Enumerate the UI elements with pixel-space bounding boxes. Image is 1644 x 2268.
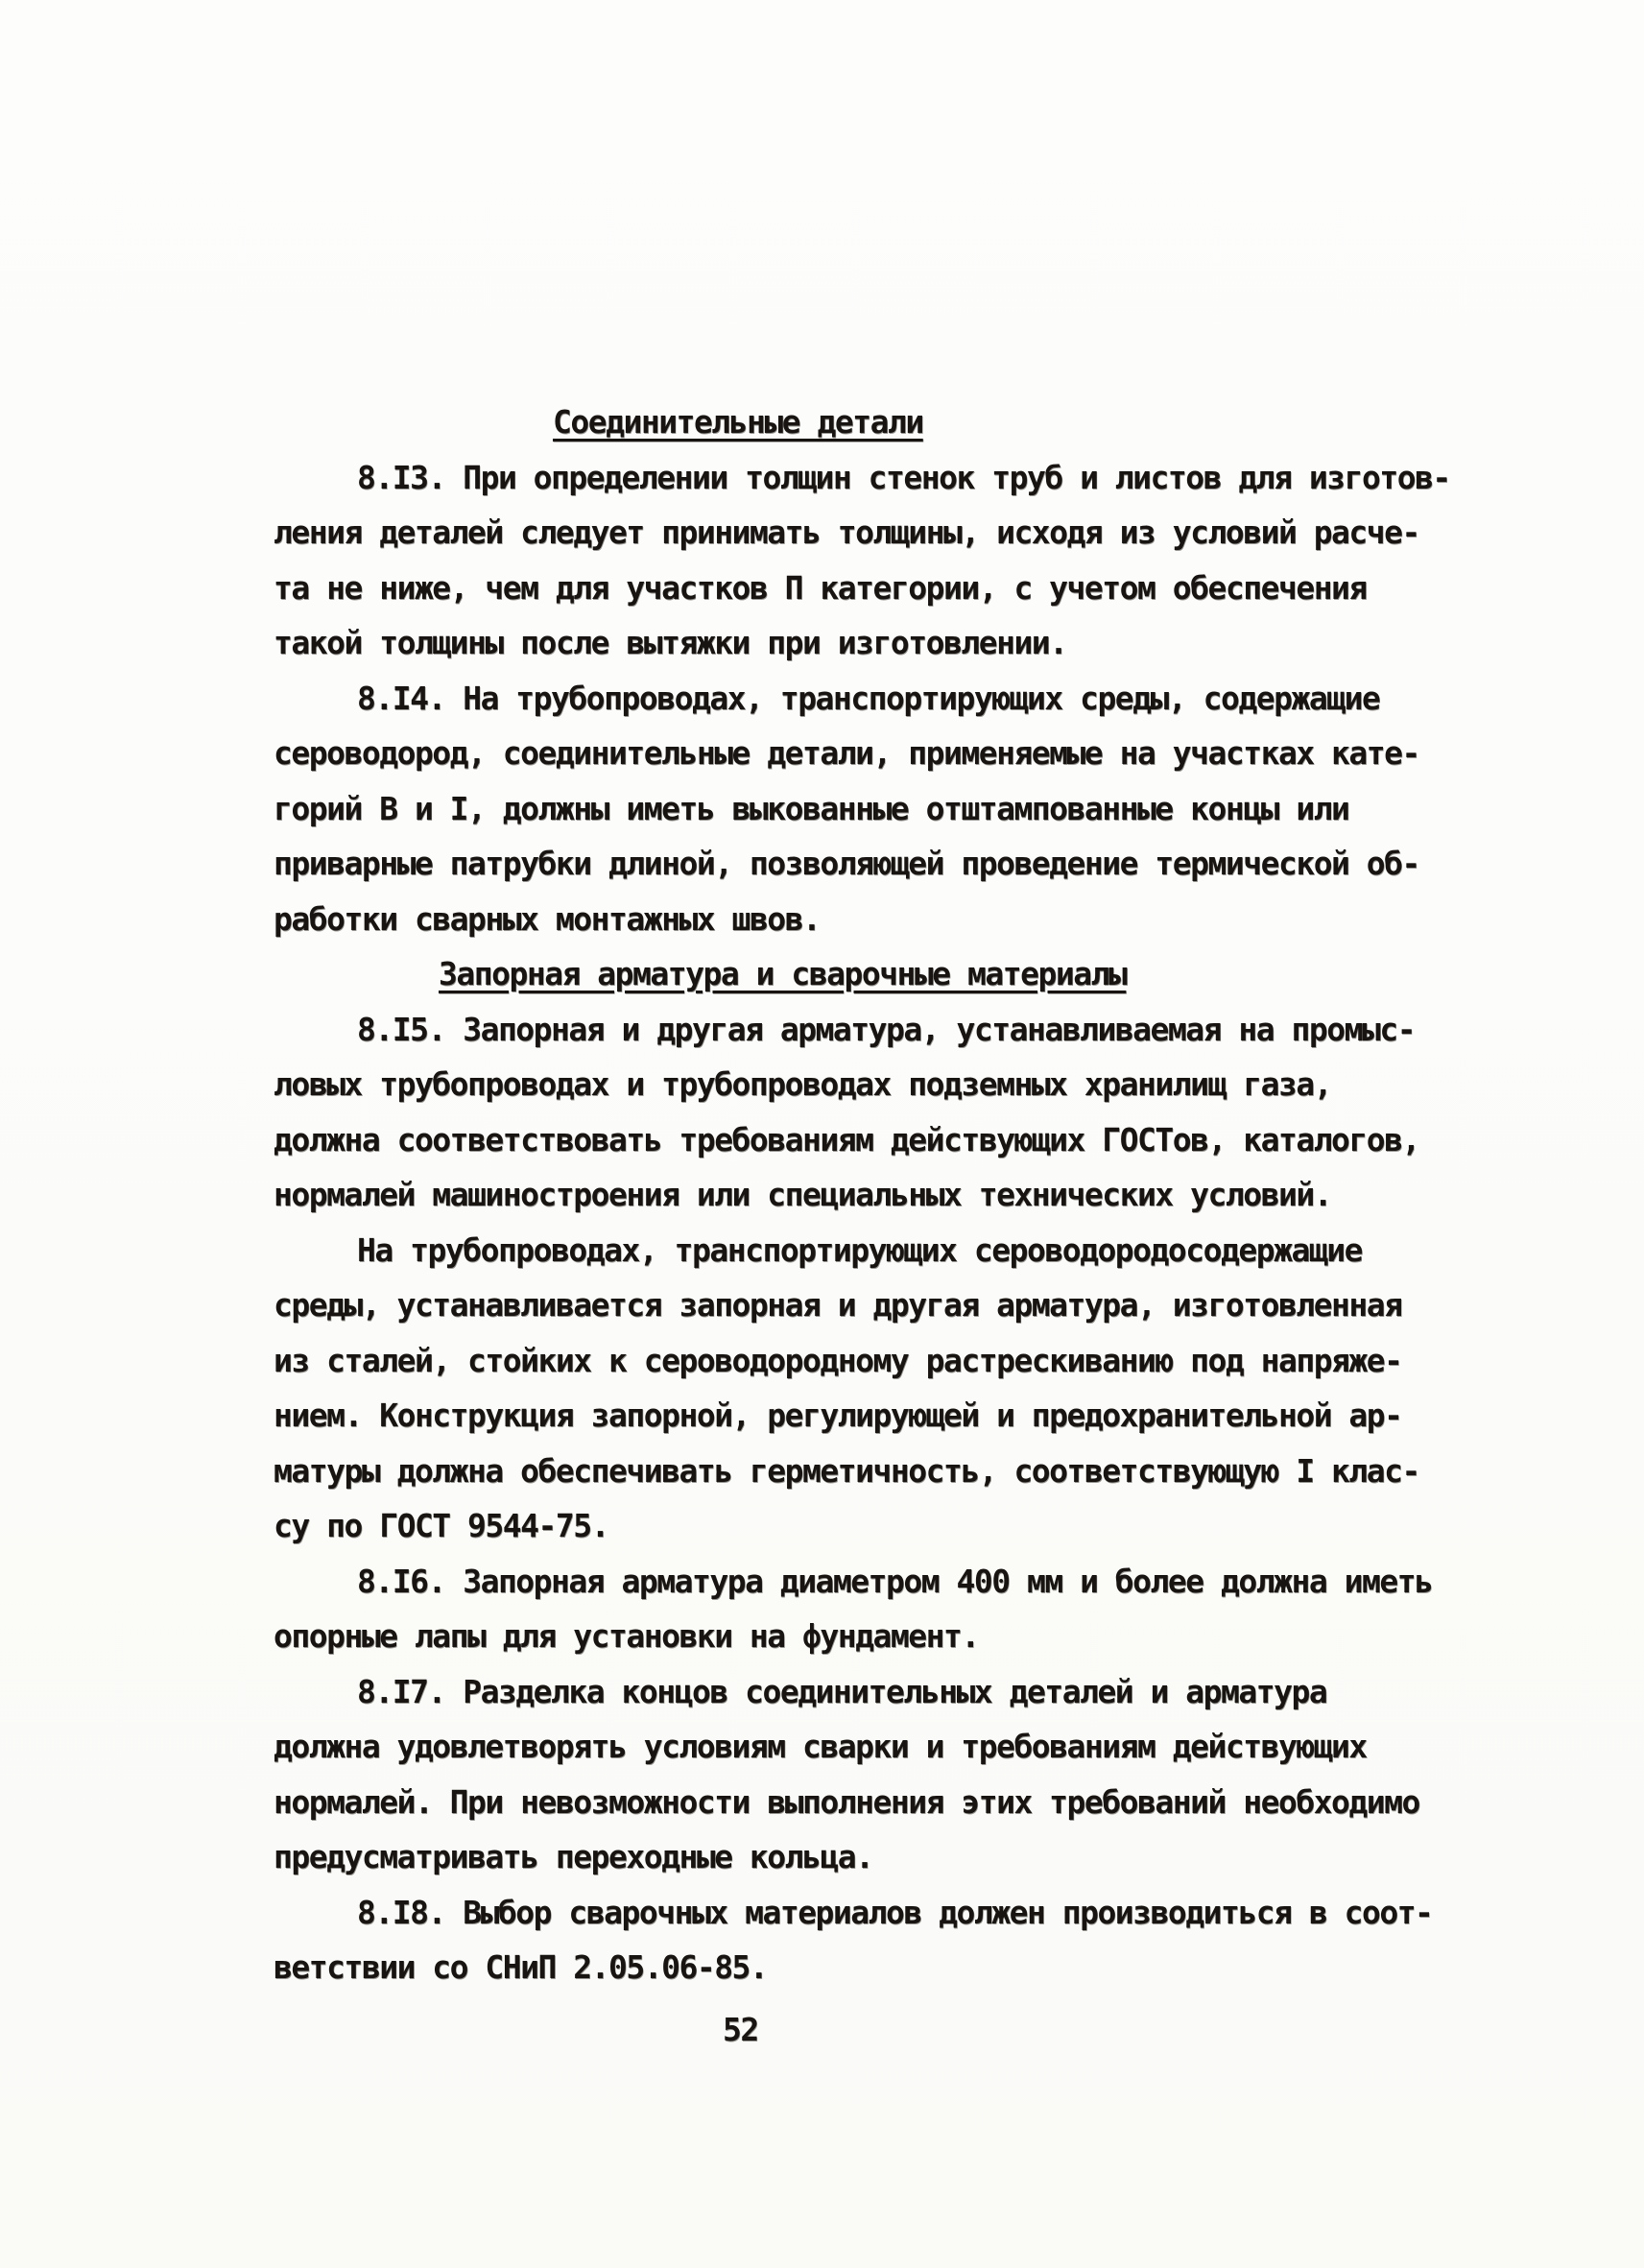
text-line: опорные лапы для установки на фундамент. — [274, 1609, 1483, 1664]
text-line: должна удовлетворять условиям сварки и т… — [274, 1719, 1483, 1775]
section-heading: Соединительные детали — [553, 394, 1483, 450]
text-line: 8.I4. На трубопроводах, транспортирующих… — [274, 671, 1483, 727]
text-line: ветствии со СНиП 2.05.06-85. — [274, 1940, 1483, 1995]
text-line: 8.I8. Выбор сварочных материалов должен … — [274, 1885, 1483, 1941]
text-line: 8.I7. Разделка концов соединительных дет… — [274, 1664, 1483, 1720]
text-line: нием. Конструкция запорной, регулирующей… — [274, 1388, 1483, 1444]
text-line: предусматривать переходные кольца. — [274, 1829, 1483, 1885]
text-line: та не ниже, чем для участков П категории… — [274, 561, 1483, 616]
text-line: матуры должна обеспечивать герметичность… — [274, 1444, 1483, 1499]
text-line: сероводород, соединительные детали, прим… — [274, 726, 1483, 781]
text-line: На трубопроводах, транспортирующих серов… — [274, 1223, 1483, 1278]
text-line: 8.I5. Запорная и другая арматура, устана… — [274, 1002, 1483, 1058]
text-line: 8.I6. Запорная арматура диаметром 400 мм… — [274, 1554, 1483, 1610]
text-line: должна соответствовать требованиям дейст… — [274, 1112, 1483, 1168]
text-line: ления деталей следует принимать толщины,… — [274, 505, 1483, 561]
text-line: су по ГОСТ 9544-75. — [274, 1498, 1483, 1554]
text-line: такой толщины после вытяжки при изготовл… — [274, 615, 1483, 671]
text-line: нормалей. При невозможности выполнения э… — [274, 1775, 1483, 1830]
text-line: 8.I3. При определении толщин стенок труб… — [274, 450, 1483, 506]
text-line: горий В и I, должны иметь выкованные отш… — [274, 781, 1483, 837]
text-line: из сталей, стойких к сероводородному рас… — [274, 1333, 1483, 1389]
text-line: приварные патрубки длиной, позволяющей п… — [274, 836, 1483, 892]
text-line: среды, устанавливается запорная и другая… — [274, 1277, 1483, 1333]
text-line: нормалей машиностроения или специальных … — [274, 1167, 1483, 1223]
document-content: Соединительные детали8.I3. При определен… — [274, 394, 1483, 1995]
page-number: 52 — [723, 2002, 758, 2058]
document-page: Соединительные детали8.I3. При определен… — [0, 0, 1644, 2268]
text-line: работки сварных монтажных швов. — [274, 892, 1483, 947]
text-line: ловых трубопроводах и трубопроводах подз… — [274, 1057, 1483, 1112]
section-heading: Запорная арматура и сварочные материалы — [439, 946, 1483, 1002]
